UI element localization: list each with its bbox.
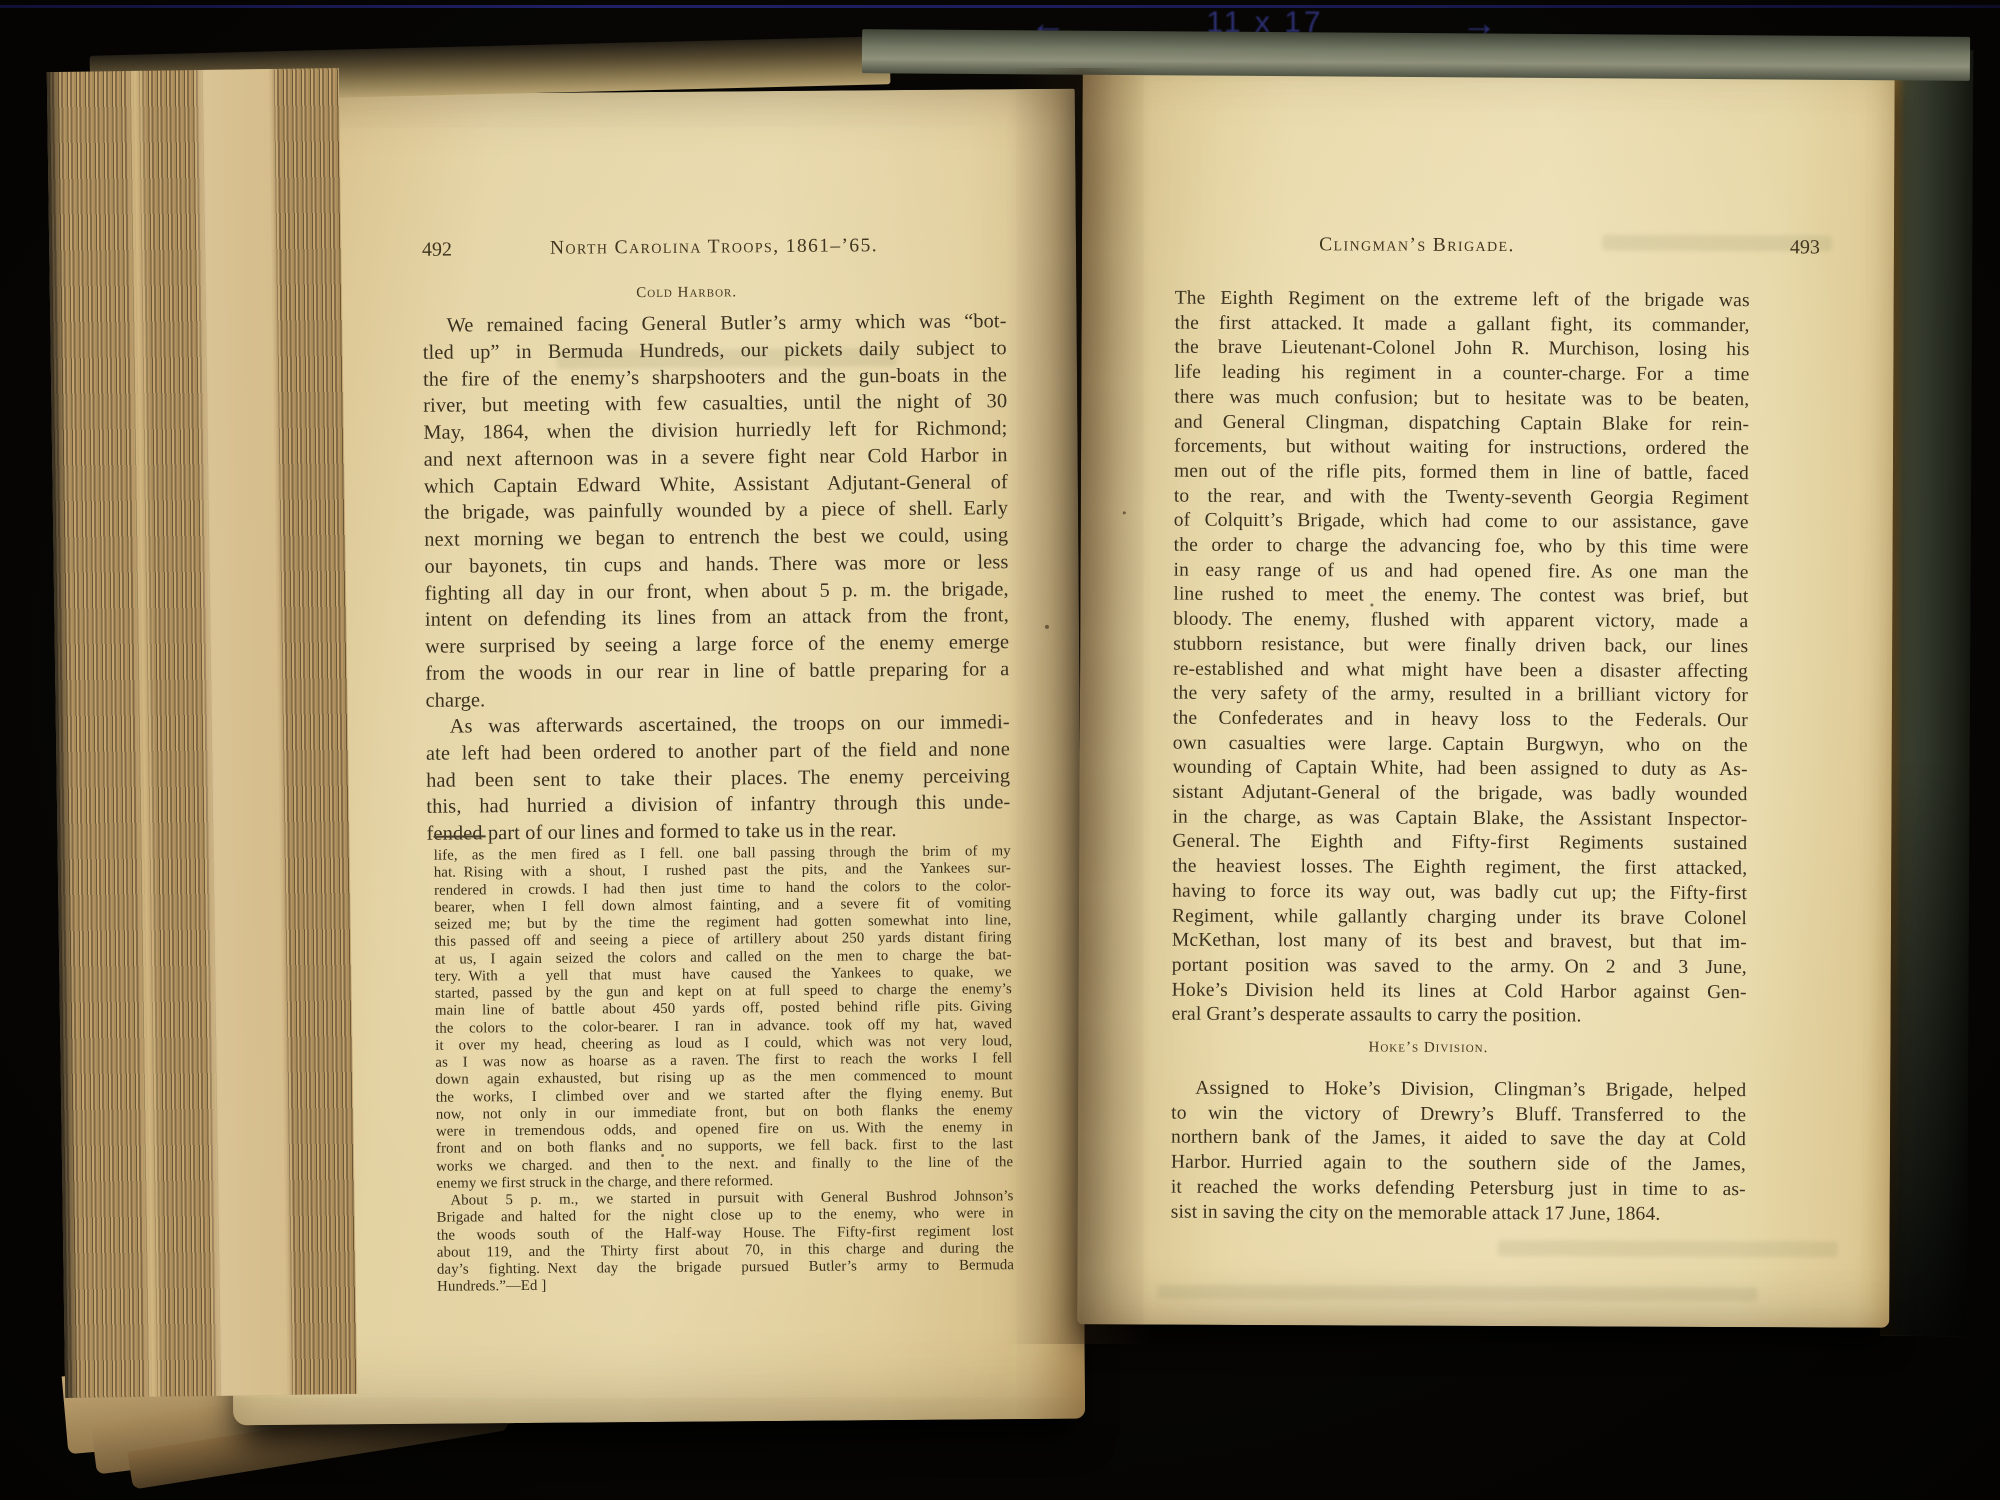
text-line: bloody. The enemy, flushed with apparent… (1173, 608, 1748, 635)
text-line: Hoke’s Division held its lines at Cold H… (1172, 978, 1747, 1005)
footnote-line: Hundreds.”—Ed ] (437, 1274, 1014, 1296)
text-line: were surprised by seeing a large force o… (425, 629, 1009, 660)
book-scan: ← 11 x 17 → 492 North Carolina Troops, 1… (0, 0, 2000, 1500)
text-line: wounding of Captain White, had been assi… (1173, 756, 1748, 783)
text-line: Harbor. Hurried again to the southern si… (1171, 1151, 1746, 1178)
text-line: sist in saving the city on the memorable… (1171, 1200, 1746, 1227)
text-line: the brave Lieutenant-Colonel John R. Mur… (1174, 336, 1749, 363)
text-line: this, had hurried a division of infantry… (426, 789, 1010, 820)
text-line: Assigned to Hoke’s Division, Clingman’s … (1171, 1077, 1746, 1104)
left-running-header: North Carolina Troops, 1861–’65. (550, 235, 878, 260)
text-line: life leading his regiment in a counter-c… (1174, 361, 1749, 388)
ink-showthrough (1157, 1285, 1757, 1302)
right-paragraph-1: The Eighth Regiment on the extreme left … (1172, 287, 1750, 1031)
paper-speck (1045, 625, 1049, 629)
text-line: and General Clingman, dispatching Captai… (1174, 410, 1749, 437)
right-running-header: Clingman’s Brigade. (1319, 234, 1515, 257)
text-line: the very safety of the army, resulted in… (1173, 682, 1748, 709)
text-line: own casualties were large. Captain Burgw… (1173, 731, 1748, 758)
paper-speck (1123, 511, 1126, 514)
text-line: the heaviest losses. The Eighth regiment… (1172, 855, 1747, 882)
text-line: The Eighth Regiment on the extreme left … (1175, 287, 1750, 314)
right-page-header: Clingman’s Brigade. 493 (1175, 234, 1820, 263)
text-line: to the rear, and with the Twenty-seventh… (1174, 484, 1749, 511)
text-line: Regiment, while gallantly charging under… (1172, 904, 1747, 931)
left-section-heading: Cold Harbor. (636, 284, 737, 302)
book-right-cover-edge (1881, 50, 1974, 1336)
text-line: As was afterwards ascertained, the troop… (426, 709, 1010, 740)
right-page: Clingman’s Brigade. 493 The Eighth Regim… (1077, 62, 1894, 1328)
book-left-page-edges (47, 68, 357, 1398)
left-footnote-paragraph-1: life, as the men fired as I fell. one ba… (434, 843, 1014, 1193)
text-line: sistant Adjutant-General of the brigade,… (1173, 781, 1748, 808)
text-line: McKethan, lost many of its best and brav… (1172, 929, 1747, 956)
text-line: re-established and what might have been … (1173, 657, 1748, 684)
text-line: next morning we began to entrench the be… (424, 522, 1008, 553)
text-line: ate left had been ordered to another par… (426, 736, 1010, 767)
text-line: in the charge, as was Captain Blake, the… (1172, 805, 1747, 832)
text-line: We remained facing General Butler’s army… (423, 308, 1007, 339)
left-page-number: 492 (422, 239, 452, 262)
text-line: fended part of our lines and formed to t… (426, 816, 1010, 847)
text-line: portant position was saved to the army. … (1172, 954, 1747, 981)
right-paragraph-2: Assigned to Hoke’s Division, Clingman’s … (1171, 1077, 1747, 1228)
text-line: men out of the rifle pits, formed them i… (1174, 460, 1749, 487)
text-line: the Confederates and in heavy loss to th… (1173, 707, 1748, 734)
left-paragraph-2: As was afterwards ascertained, the troop… (426, 709, 1011, 847)
text-line: there was much confusion; but to hesitat… (1174, 385, 1749, 412)
text-line: northern bank of the James, it aided to … (1171, 1126, 1746, 1153)
left-page-header: 492 North Carolina Troops, 1861–’65. (422, 234, 1006, 265)
text-line: of Colquitt’s Brigade, which had come to… (1174, 509, 1749, 536)
book-top-cover-edge (862, 29, 1970, 81)
left-footnote-paragraph-2: About 5 p. m., we started in pursuit wit… (436, 1188, 1014, 1296)
cover-shadow (1881, 757, 1970, 1336)
right-page-number: 493 (1790, 236, 1820, 259)
right-section-heading: Hoke’s Division. (1369, 1039, 1489, 1057)
text-line: in easy range of us and had opened fire.… (1173, 558, 1748, 585)
text-line: from the woods in our rear in line of ba… (425, 656, 1009, 687)
scanner-guide-line (0, 5, 2000, 8)
text-line: our bayonets, tin cups and hands. There … (424, 549, 1008, 580)
text-line: stubborn resistance, but were finally dr… (1173, 632, 1748, 659)
text-line: tled up” in Bermuda Hundreds, our picket… (423, 335, 1007, 366)
left-paragraph-1: We remained facing General Butler’s army… (423, 308, 1010, 714)
text-line: General. The Eighth and Fifty-first Regi… (1172, 830, 1747, 857)
text-line: forcements, but without waiting for inst… (1174, 435, 1749, 462)
text-line: the first attacked. It made a gallant fi… (1175, 311, 1750, 338)
text-line: eral Grant’s desperate assaults to carry… (1172, 1003, 1747, 1030)
text-line: the order to charge the advancing foe, w… (1174, 534, 1749, 561)
text-line: and next afternoon was in a severe fight… (424, 442, 1008, 473)
text-line: to win the victory of Drewry’s Bluff. Tr… (1171, 1101, 1746, 1128)
footnote-rule (434, 835, 486, 837)
ink-showthrough (1498, 1240, 1838, 1257)
text-line: May, 1864, when the division hurriedly l… (423, 415, 1007, 446)
text-line: having to force its way out, was badly c… (1172, 880, 1747, 907)
text-line: it reached the works defending Petersbur… (1171, 1175, 1746, 1202)
text-line: line rushed to meet the enemy. The conte… (1173, 583, 1748, 610)
